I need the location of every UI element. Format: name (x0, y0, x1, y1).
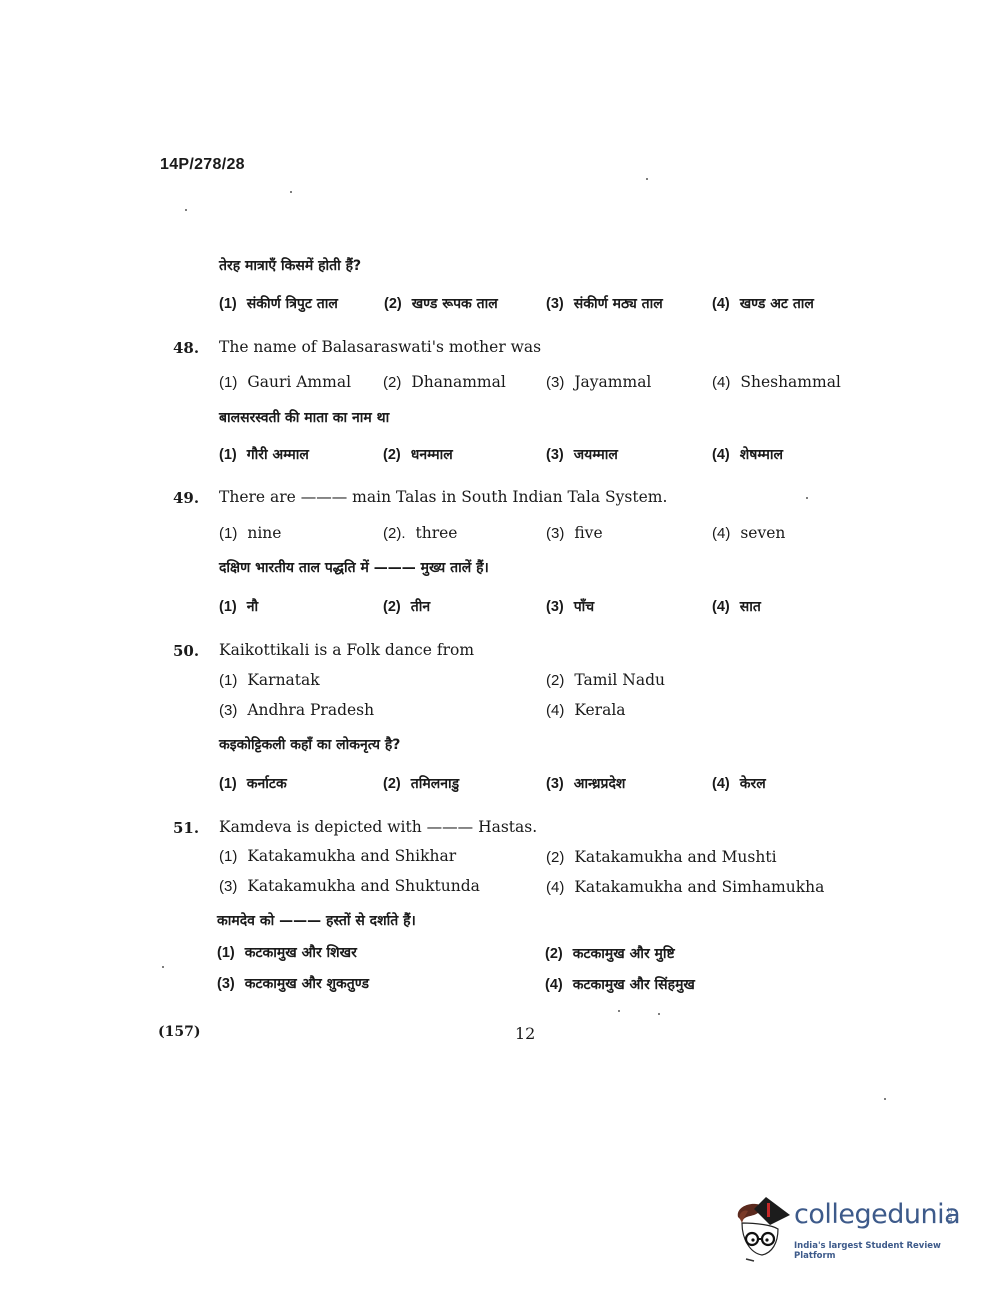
question-text-en: There are ——— main Talas in South Indian… (219, 488, 667, 506)
question-text-en: Kamdeva is depicted with ——— Hastas. (219, 818, 537, 836)
scan-speck (884, 1098, 886, 1100)
option-3-en: (3)Jayammal (546, 373, 651, 391)
brand-tagline: India's largest Student Review Platform (794, 1241, 967, 1261)
option-2-en: (2).three (383, 524, 457, 542)
option-2-en: (2)Katakamukha and Mushti (546, 848, 777, 866)
paper-code: 14P/278/28 (160, 156, 245, 174)
option-2-hi: (2)कटकामुख और मुष्टि (545, 944, 675, 963)
question-number: 49. (173, 489, 199, 507)
option-3-hi: (3)पाँच (546, 597, 594, 616)
option-2-hi: (2)तीन (383, 597, 430, 616)
option-3-hi: (3)आन्ध्रप्रदेश (546, 774, 625, 793)
scan-speck (290, 191, 292, 193)
option-3-en: (3)Katakamukha and Shuktunda (219, 877, 480, 895)
question-number: 50. (173, 642, 199, 660)
option-2-en: (2)Tamil Nadu (546, 671, 665, 689)
question-number: 48. (173, 339, 199, 357)
option-4-hi: (4)कटकामुख और सिंहमुख (545, 975, 695, 994)
scan-speck (618, 1010, 620, 1012)
booklet-code: (157) (158, 1024, 200, 1040)
option-1-en: (1)Gauri Ammal (219, 373, 351, 391)
option-4-hi: (4)सात (712, 597, 761, 616)
question-number: 51. (173, 819, 199, 837)
option-1-hi: (1)नौ (219, 597, 258, 616)
option-4-hi: (4)खण्ड अट ताल (712, 294, 814, 313)
question-text-hi: तेरह मात्राएँ किसमें होती हैं? (219, 256, 361, 275)
option-4-en: (4)Sheshammal (712, 373, 841, 391)
scan-speck (658, 1013, 660, 1015)
option-3-en: (3)Andhra Pradesh (219, 701, 374, 719)
option-2-hi: (2)धनम्माल (383, 445, 453, 464)
option-4-en: (4)Katakamukha and Simhamukha (546, 878, 824, 896)
scan-speck (646, 178, 648, 180)
scan-speck (162, 966, 164, 968)
option-2-hi: (2)तमिलनाडु (383, 774, 459, 793)
option-4-en: (4)seven (712, 524, 785, 542)
option-3-hi: (3)कटकामुख और शुकतुण्ड (217, 974, 369, 993)
option-1-en: (1)Katakamukha and Shikhar (219, 847, 456, 865)
page-number: 12 (515, 1024, 535, 1043)
option-4-hi: (4)केरल (712, 774, 766, 793)
option-1-en: (1)Karnatak (219, 671, 320, 689)
option-1-hi: (1)कर्नाटक (219, 774, 287, 793)
brand-name: collegedunia (794, 1199, 960, 1230)
question-text-en: The name of Balasaraswati's mother was (219, 338, 541, 356)
option-1-hi: (1)गौरी अम्माल (219, 445, 309, 464)
option-3-hi: (3)संकीर्ण मठ्य ताल (546, 294, 663, 313)
option-1-hi: (1)कटकामुख और शिखर (217, 943, 357, 962)
option-4-hi: (4)शेषम्माल (712, 445, 783, 464)
option-1-hi: (1)संकीर्ण त्रिपुट ताल (219, 294, 338, 313)
question-text-hi: कामदेव को ——— हस्तों से दर्शाते हैं। (217, 911, 416, 930)
scan-speck (185, 209, 187, 211)
collegedunia-logo: collegedunia .com India's largest Studen… (732, 1195, 967, 1265)
option-4-en: (4)Kerala (546, 701, 626, 719)
question-text-hi: दक्षिण भारतीय ताल पद्धति में ——— मुख्य त… (219, 558, 489, 577)
question-text-en: Kaikottikali is a Folk dance from (219, 641, 474, 659)
brand-domain: .com (946, 1207, 954, 1224)
question-text-hi: बालसरस्वती की माता का नाम था (219, 408, 389, 427)
option-2-en: (2)Dhanammal (383, 373, 506, 391)
option-3-en: (3)five (546, 524, 603, 542)
mascot-icon (732, 1195, 794, 1265)
option-3-hi: (3)जयम्माल (546, 445, 618, 464)
question-text-hi: कइकोट्टिकली कहाँ का लोकनृत्य है? (219, 735, 400, 754)
option-1-en: (1)nine (219, 524, 281, 542)
option-2-hi: (2)खण्ड रूपक ताल (384, 294, 498, 313)
scan-speck (806, 497, 808, 499)
